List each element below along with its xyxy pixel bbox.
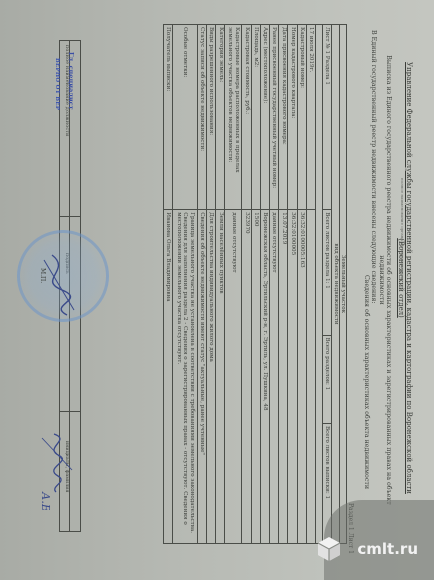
row-value: Для строительства индивидуального жилого…: [207, 210, 216, 544]
summary-row: Лист № 1 Раздела 1 Всего листов раздела …: [322, 25, 331, 544]
object-type-note-text: вид объекта недвижимости: [333, 243, 339, 324]
object-type: Земельный участок: [339, 25, 346, 544]
sheets-in-section-cell: Всего листов раздела 1: 1: [322, 210, 331, 335]
sections-total-cell: Всего разделов: 1: [322, 335, 331, 424]
table-row: Кадастровая стоимость, руб.:323970: [242, 25, 251, 544]
egrn-extract-page: Управление Федеральной службы государств…: [7, 10, 427, 570]
date-cell: 17 июля 2019г.: [306, 25, 315, 210]
table-row: Виды разрешенного использования:Для стро…: [207, 25, 216, 544]
intro-text: В Единый государственный реестр недвижим…: [370, 30, 377, 303]
object-type-note: вид объекта недвижимости: [332, 25, 339, 544]
row-label: Кадастровый номер:: [297, 25, 306, 210]
row-label: Категория земель:: [216, 25, 225, 210]
signature-icon: [32, 250, 82, 320]
verified-stamp: ВЕРНО ОТ ВЕР: [54, 58, 60, 110]
spacer-row: [315, 25, 322, 544]
table-row: Дата присвоения кадастрового номера:13.0…: [279, 25, 288, 544]
sheet-no-cell: Лист № 1 Раздела 1: [322, 25, 331, 210]
row-value: Воронежская область, Эртильский р-н, г. …: [260, 210, 269, 544]
watermark-text: cmlt.ru: [357, 540, 418, 558]
table-row: Получатель выписки:Иванова Ольга Владими…: [163, 25, 172, 544]
row-label: Получатель выписки:: [163, 25, 172, 210]
table-row: Особые отметки:Граница земельного участк…: [172, 25, 197, 544]
row-value: Земли населённых пунктов: [216, 210, 225, 544]
table-row: Адрес (местоположение):Воронежская облас…: [260, 25, 269, 544]
row-label: Кадастровая стоимость, руб.:: [242, 25, 251, 210]
row-value: 36:32:0100005:163: [297, 210, 306, 544]
table-row: Категория земель:Земли населённых пункто…: [216, 25, 225, 544]
row-value: Сведения об объекте недвижимости имеют с…: [197, 210, 206, 544]
watermark-panel: cmlt.ru: [324, 500, 434, 580]
row-label: Площадь, м2:: [251, 25, 260, 210]
row-label: Дата присвоения кадастрового номера:: [279, 25, 288, 210]
table-row: Статус записи об объекте недвижимости:Св…: [197, 25, 206, 544]
row-label: Адрес (местоположение):: [260, 25, 269, 210]
row-label: Кадастровые номера расположенных в преде…: [225, 25, 242, 210]
row-label: Номер кадастрового квартала:: [288, 25, 297, 210]
row-label: Особые отметки:: [172, 25, 197, 210]
date-row: 17 июля 2019г.: [306, 25, 315, 544]
row-label: Виды разрешенного использования:: [207, 25, 216, 210]
row-label: Статус записи об объекте недвижимости:: [197, 25, 206, 210]
table-row: Ранее присвоенный государственный учетны…: [270, 25, 279, 544]
initials-text: А.В.: [39, 491, 52, 510]
extract-title: Выписка из Единого государственного реес…: [378, 40, 392, 520]
row-value: 1500: [251, 210, 260, 544]
row-value: 323970: [242, 210, 251, 544]
row-value: 36:32:0100005: [288, 210, 297, 544]
table-row: Площадь, м2:1500: [251, 25, 260, 544]
section-caption-text: Сведения об основных характеристиках объ…: [362, 232, 371, 532]
cube-logo-icon: [316, 536, 342, 562]
agency-header-note: полное наименование органа регистрации п…: [399, 178, 404, 280]
table-row: Кадастровые номера расположенных в преде…: [225, 25, 242, 544]
date-right-cell: [306, 210, 315, 544]
row-value: данные отсутствуют: [225, 210, 242, 544]
row-value: Граница земельного участка не установлен…: [172, 210, 197, 544]
section-caption: Сведения об основных характеристиках объ…: [362, 232, 371, 532]
row-value: 13.07.2019: [279, 210, 288, 544]
characteristics-table: Земельный участок вид объекта недвижимос…: [163, 24, 347, 544]
row-label: Ранее присвоенный государственный учетны…: [270, 25, 279, 210]
table-row: Номер кадастрового квартала:36:32:010000…: [288, 25, 297, 544]
signature-col-divider: [60, 411, 80, 412]
handwritten-name-icon: А.В.: [32, 430, 82, 510]
signature-col-divider: [60, 216, 80, 217]
object-type-text: Земельный участок: [340, 255, 346, 313]
row-value: данные отсутствуют: [270, 210, 279, 544]
position-stamp: Гл. специалист: [67, 52, 74, 110]
table-row: Кадастровый номер:36:32:0100005:163: [297, 25, 306, 544]
row-value: Иванова Ольга Владимировна: [163, 210, 172, 544]
